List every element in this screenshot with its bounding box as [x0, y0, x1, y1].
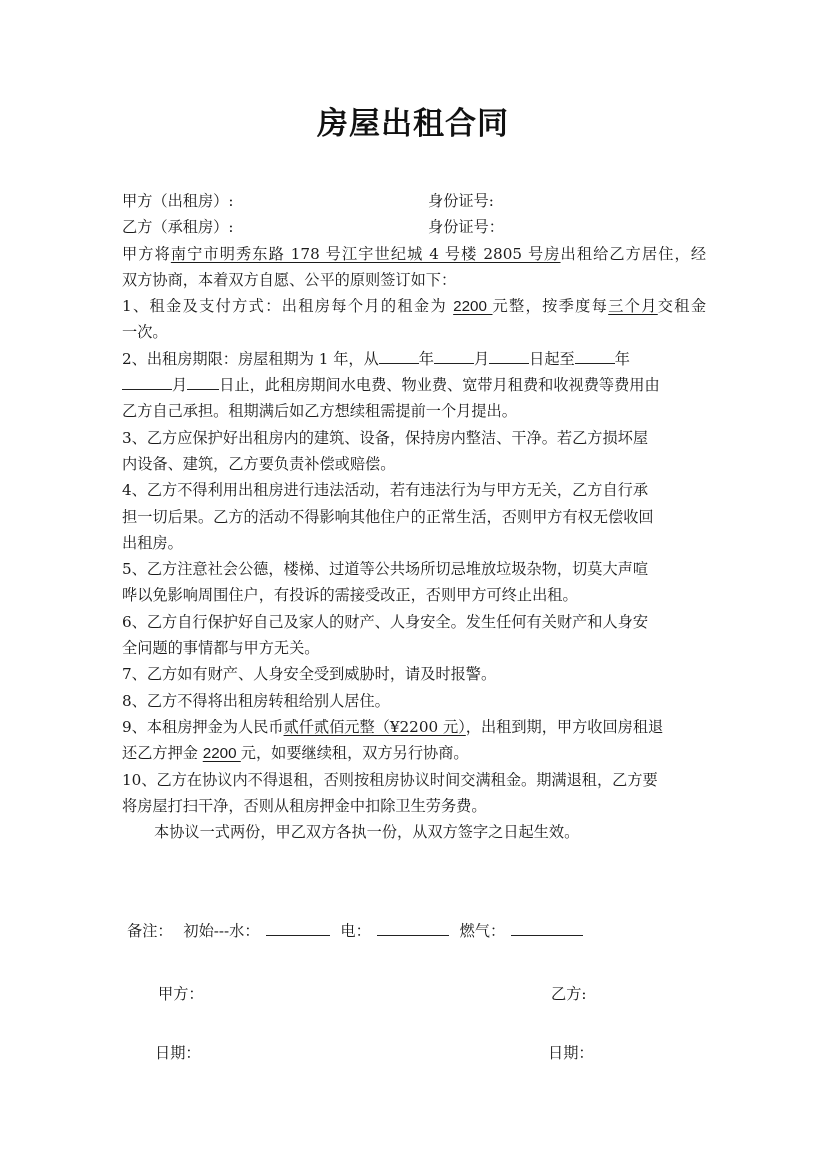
- clause-10-line-2: 将房屋打扫干净，否则从租房押金中扣除卫生劳务费。: [122, 793, 706, 819]
- clause-1-line-1: 1、租金及支付方式：出租房每个月的租金为 2200 元整，按季度每三个月交租金: [122, 293, 706, 319]
- party-b-signature-label: 乙方:: [551, 983, 587, 1004]
- end-year-label: 年: [615, 350, 630, 368]
- property-address: 南宁市明秀东路 178 号江宇世纪城 4 号楼 2805 号房: [171, 245, 561, 263]
- clause-6-line-2: 全问题的事情都与甲方无关。: [122, 635, 706, 661]
- day-to-label: 日起至: [529, 350, 575, 368]
- clause-1-mid: 元整，按季度每: [493, 297, 609, 315]
- clause-2-line-2: 月日止，此租房期间水电费、物业费、宽带月租费和收视费等费用由: [122, 372, 706, 398]
- clause-3-line-1: 3、乙方应保护好出租房内的建筑、设备，保持房内整洁、干净。若乙方损坏屋: [122, 425, 706, 451]
- clause-10-line-1: 10、乙方在协议内不得退租，否则按租房协议时间交满租金。期满退租，乙方要: [122, 767, 706, 793]
- clause-2-line-3: 乙方自己承担。租期满后如乙方想续租需提前一个月提出。: [122, 398, 706, 424]
- clause-9-line-2: 还乙方押金 2200 元，如要继续租，双方另行协商。: [122, 740, 706, 766]
- intro-line-2: 双方协商，本着双方自愿、公平的原则签订如下：: [122, 267, 706, 293]
- intro-prefix: 甲方将: [122, 245, 171, 263]
- clause-4-line-3: 出租房。: [122, 530, 706, 556]
- party-b-id-label: 身份证号：: [428, 214, 504, 240]
- intro-line-1: 甲方将南宁市明秀东路 178 号江宇世纪城 4 号楼 2805 号房出租给乙方居…: [122, 241, 706, 267]
- document-title: 房屋出租合同: [0, 98, 826, 143]
- year-label: 年: [419, 350, 434, 368]
- water-reading-field[interactable]: [266, 921, 330, 936]
- clause-9-prefix: 9、本租房押金为人民币: [122, 718, 284, 736]
- start-day-blank[interactable]: [489, 348, 529, 364]
- clause-6-line-1: 6、乙方自行保护好自己及家人的财产、人身安全。发生任何有关财产和人身安: [122, 609, 706, 635]
- intro-suffix: 出租给乙方居住，经: [561, 245, 706, 263]
- clause-2-rest: 日止，此租房期间水电费、物业费、宽带月租费和收视费等费用由: [219, 376, 659, 394]
- clause-9-line-1: 9、本租房押金为人民币贰仟贰佰元整（¥2200 元），出租到期，甲方收回房租退: [122, 714, 706, 740]
- clause-4-line-1: 4、乙方不得利用出租房进行违法活动，若有违法行为与甲方无关，乙方自行承: [122, 477, 706, 503]
- clause-9-suffix: ，出租到期，甲方收回房租退: [466, 718, 663, 736]
- document-body: 甲方（出租房）: 身份证号: 乙方（承租房）: 身份证号： 甲方将南宁市明秀东路…: [122, 188, 706, 845]
- clause-5-line-1: 5、乙方注意社会公德，楼梯、过道等公共场所切忌堆放垃圾杂物，切莫大声喧: [122, 556, 706, 582]
- electricity-reading-field[interactable]: [377, 921, 449, 936]
- notes-row: 备注： 初始---水： 电： 燃气：: [127, 920, 589, 941]
- party-b-label: 乙方（承租房）:: [122, 218, 233, 236]
- water-label: 初始---水：: [183, 922, 259, 940]
- party-b-row: 乙方（承租房）: 身份证号：: [122, 214, 706, 240]
- clause-2-prefix: 2、出租房期限：房屋租期为 1 年，从: [122, 350, 379, 368]
- party-a-date-label: 日期：: [155, 1042, 201, 1063]
- document-page: 房屋出租合同 甲方（出租房）: 身份证号: 乙方（承租房）: 身份证号： 甲方将…: [0, 0, 826, 1169]
- end-month-blank[interactable]: [122, 374, 172, 390]
- start-year-blank[interactable]: [379, 348, 419, 364]
- clause-3-line-2: 内设备、建筑，乙方要负责补偿或赔偿。: [122, 451, 706, 477]
- electricity-label: 电：: [340, 922, 370, 940]
- clause-1-prefix: 1、租金及支付方式：出租房每个月的租金为: [122, 297, 453, 315]
- clause-9-l2-suffix: 元，如要继续租，双方另行协商。: [241, 744, 469, 762]
- clause-8-line-1: 8、乙方不得将出租房转租给别人居住。: [122, 688, 706, 714]
- party-a-label: 甲方（出租房）:: [122, 192, 233, 210]
- party-b-date-label: 日期：: [548, 1042, 594, 1063]
- party-a-signature-label: 甲方：: [158, 983, 204, 1004]
- clause-7-line-1: 7、乙方如有财产、人身安全受到威胁时，请及时报警。: [122, 661, 706, 687]
- start-month-blank[interactable]: [434, 348, 474, 364]
- party-a-row: 甲方（出租房）: 身份证号:: [122, 188, 706, 214]
- gas-reading-field[interactable]: [511, 921, 583, 936]
- clause-5-line-2: 哗以免影响周围住户，有投诉的需接受改正，否则甲方可终止出租。: [122, 582, 706, 608]
- payment-period: 三个月: [608, 297, 658, 315]
- end-month-label: 月: [172, 376, 187, 394]
- end-year-blank[interactable]: [575, 348, 615, 364]
- clause-2-line-1: 2、出租房期限：房屋租期为 1 年，从年月日起至年: [122, 346, 706, 372]
- gas-label: 燃气：: [460, 922, 506, 940]
- clause-4-line-2: 担一切后果。乙方的活动不得影响其他住户的正常生活，否则甲方有权无偿收回: [122, 504, 706, 530]
- clause-9-l2-prefix: 还乙方押金: [122, 744, 203, 762]
- party-a-id-label: 身份证号:: [428, 188, 494, 214]
- month-label: 月: [474, 350, 489, 368]
- closing-statement: 本协议一式两份，甲乙双方各执一份，从双方签字之日起生效。: [122, 819, 706, 845]
- clause-1-line-2: 一次。: [122, 319, 706, 345]
- end-day-blank[interactable]: [187, 374, 219, 390]
- notes-label: 备注：: [127, 922, 173, 940]
- rent-amount: 2200: [453, 298, 492, 315]
- clause-1-suffix: 交租金: [658, 297, 706, 315]
- deposit-amount: 2200: [203, 745, 241, 762]
- deposit-amount-words: 贰仟贰佰元整（¥2200 元）: [284, 718, 466, 736]
